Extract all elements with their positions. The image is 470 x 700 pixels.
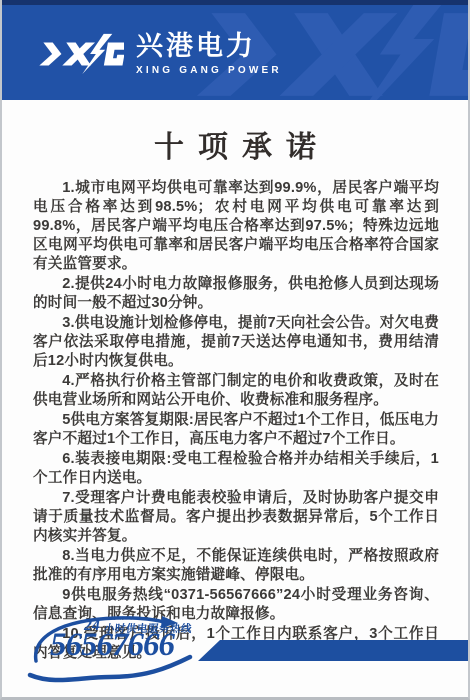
commitment-item-4: 4.严格执行价格主管部门制定的电价和收费政策，及时在供电营业场所和网站公开电价、… xyxy=(33,372,439,410)
commitment-item-2: 2.提供24小时电力故障报修服务，供电抢修人员到达现场的时间一般不超过30分钟。 xyxy=(33,275,439,313)
company-logo: 兴港电力 XING GANG POWER xyxy=(38,28,282,80)
page-title: 十项承诺 xyxy=(2,122,468,166)
commitment-item-1: 1.城市电网平均供电可靠率达到99.9%，居民客户端平均电压合格率达到98.5%… xyxy=(33,179,439,274)
header-top-strip xyxy=(2,0,468,5)
commitment-item-7: 7.受理客户计费电能表校验申请后，及时协助客户提交申请于质量技术监督局。客户提出… xyxy=(33,489,439,546)
poster-page: 兴港电力 XING GANG POWER 十项承诺 1.城市电网平均供电可靠率达… xyxy=(0,0,470,700)
header-banner: 兴港电力 XING GANG POWER xyxy=(2,0,468,100)
hotline-number: 56567666 xyxy=(50,627,174,664)
commitments-list: 1.城市电网平均供电可靠率达到99.9%，居民客户端平均电压合格率达到98.5%… xyxy=(33,179,439,663)
footer-accent-bar xyxy=(198,640,468,661)
xg-logo-icon xyxy=(38,28,124,80)
commitment-item-8: 8.当电力供应不足，不能保证连续供电时，严格按照政府批准的有序用电方案实施错避峰… xyxy=(33,547,439,585)
company-name-block: 兴港电力 XING GANG POWER xyxy=(136,32,282,76)
footer: 24 小时供电服务热线 56567666 xyxy=(2,609,468,697)
hotline-block: 24 小时供电服务热线 56567666 xyxy=(24,611,214,695)
company-name-cn: 兴港电力 xyxy=(136,32,282,62)
company-name-en: XING GANG POWER xyxy=(136,65,282,76)
commitment-item-6: 6.装表接电期限:受电工程检验合格并办结相关手续后，1个工作日内送电。 xyxy=(33,450,439,488)
commitment-item-5: 5供电方案答复期限:居民客户不超过1个工作日，低压电力客户不超过1个工作日，高压… xyxy=(33,411,439,449)
commitment-item-3: 3.供电设施计划检修停电，提前7天向社会公告。对欠电费客户依法采取停电措施，提前… xyxy=(33,314,439,371)
